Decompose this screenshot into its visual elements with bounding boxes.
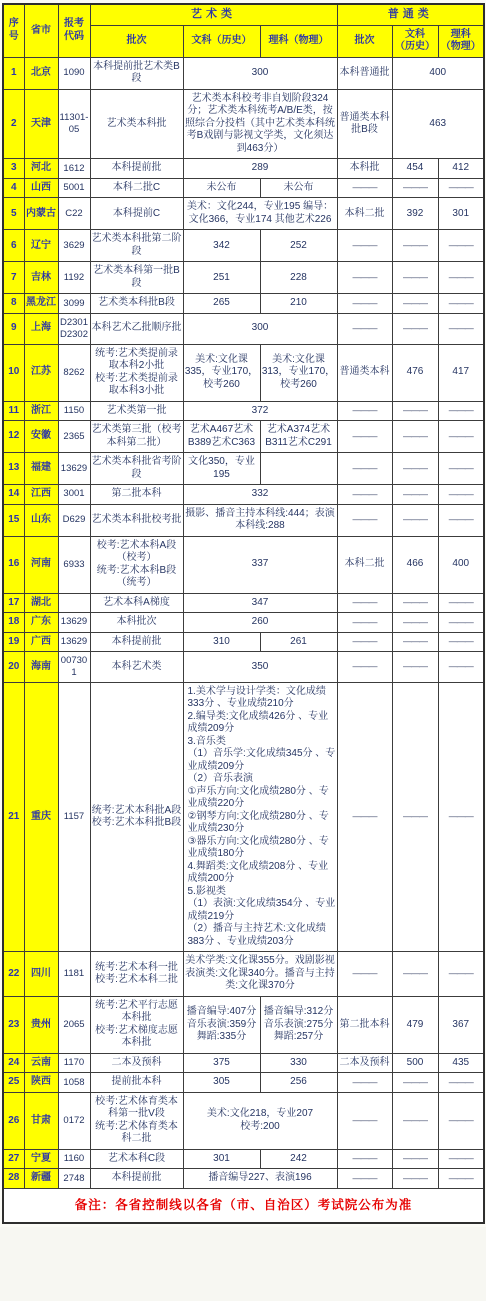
art-score-wen: 播音编导:407分 音乐表演:359分 舞蹈:335分 bbox=[183, 996, 260, 1053]
general-score-merged: 400 bbox=[392, 57, 484, 89]
province-name: 山西 bbox=[24, 178, 58, 198]
report-code: 1160 bbox=[58, 1149, 90, 1169]
header-gen-batch: 批次 bbox=[337, 25, 392, 57]
province-name: 云南 bbox=[24, 1053, 58, 1073]
art-batch: 本科提前批 bbox=[90, 632, 183, 652]
general-score-wen: ——— bbox=[392, 485, 438, 505]
art-score-wen: 251 bbox=[183, 262, 260, 294]
province-name: 河北 bbox=[24, 159, 58, 179]
art-batch: 艺术类本科第一批B段 bbox=[90, 262, 183, 294]
general-batch: ——— bbox=[337, 682, 392, 952]
art-score-wen: 342 bbox=[183, 230, 260, 262]
general-batch: 普通类本科 bbox=[337, 344, 392, 401]
art-batch: 提前批本科 bbox=[90, 1073, 183, 1093]
art-score-merged: 332 bbox=[183, 485, 337, 505]
general-score-wen: ——— bbox=[392, 1073, 438, 1093]
row-serial: 7 bbox=[3, 262, 24, 294]
art-score-merged: 347 bbox=[183, 593, 337, 613]
general-score-li: 435 bbox=[438, 1053, 484, 1073]
header-art-batch: 批次 bbox=[90, 25, 183, 57]
art-score-merged: 300 bbox=[183, 57, 337, 89]
art-score-li: 艺术A374艺术B311艺术C291 bbox=[260, 421, 337, 453]
province-name: 陕西 bbox=[24, 1073, 58, 1093]
row-serial: 27 bbox=[3, 1149, 24, 1169]
general-score-li: ——— bbox=[438, 504, 484, 536]
general-score-wen: ——— bbox=[392, 230, 438, 262]
row-serial: 1 bbox=[3, 57, 24, 89]
table-row: 20海南007301本科艺术类350————————— bbox=[3, 652, 484, 683]
general-batch: ——— bbox=[337, 613, 392, 633]
report-code: C22 bbox=[58, 198, 90, 230]
province-name: 辽宁 bbox=[24, 230, 58, 262]
art-score-merged: 1.美术学与设计学类：文化成绩333分 、专业成绩210分 2.编导类:文化成绩… bbox=[183, 682, 337, 952]
general-batch: ——— bbox=[337, 952, 392, 997]
art-score-wen: 未公布 bbox=[183, 178, 260, 198]
general-score-wen: ——— bbox=[392, 652, 438, 683]
general-score-li: ——— bbox=[438, 453, 484, 485]
table-row: 26甘肃0172校考:艺术体育类本科第一批V段 统考:艺术体育类本科二批美术:文… bbox=[3, 1092, 484, 1149]
table-row: 18广东13629本科批次260————————— bbox=[3, 613, 484, 633]
general-score-wen: ——— bbox=[392, 178, 438, 198]
report-code: 1090 bbox=[58, 57, 90, 89]
art-score-merged: 372 bbox=[183, 401, 337, 421]
general-score-li: 417 bbox=[438, 344, 484, 401]
row-serial: 15 bbox=[3, 504, 24, 536]
table-row: 8黑龙江3099艺术类本科批B段265210————————— bbox=[3, 294, 484, 314]
row-serial: 13 bbox=[3, 453, 24, 485]
general-score-wen: ——— bbox=[392, 1149, 438, 1169]
general-score-wen: 392 bbox=[392, 198, 438, 230]
score-table-page: 序 号 省市 报考 代码 艺术类 普通类 批次 文科（历史） 理科（物理） 批次… bbox=[0, 0, 486, 1227]
province-name: 重庆 bbox=[24, 682, 58, 952]
general-score-wen: ——— bbox=[392, 682, 438, 952]
province-name: 贵州 bbox=[24, 996, 58, 1053]
table-row: 2天津11301-05艺术类本科批艺术类本科校考非自划阶段324分；艺术类本科统… bbox=[3, 89, 484, 159]
province-name: 四川 bbox=[24, 952, 58, 997]
general-batch: 本科二批 bbox=[337, 536, 392, 593]
general-score-li: 367 bbox=[438, 996, 484, 1053]
general-batch: ——— bbox=[337, 313, 392, 344]
table-row: 6辽宁3629艺术类本科批第二阶段342252————————— bbox=[3, 230, 484, 262]
province-name: 广东 bbox=[24, 613, 58, 633]
province-name: 吉林 bbox=[24, 262, 58, 294]
art-score-merged: 350 bbox=[183, 652, 337, 683]
art-batch: 本科提前C bbox=[90, 198, 183, 230]
art-batch: 统考:艺术平行志愿本科批 校考:艺术梯度志愿本科批 bbox=[90, 996, 183, 1053]
row-serial: 22 bbox=[3, 952, 24, 997]
general-batch: ——— bbox=[337, 401, 392, 421]
admission-score-table: 序 号 省市 报考 代码 艺术类 普通类 批次 文科（历史） 理科（物理） 批次… bbox=[2, 3, 485, 1224]
province-name: 湖北 bbox=[24, 593, 58, 613]
footer-note: 备注：各省控制线以各省（市、自治区）考试院公布为准 bbox=[3, 1188, 484, 1223]
art-score-li: 256 bbox=[260, 1073, 337, 1093]
general-score-wen: ——— bbox=[392, 504, 438, 536]
art-batch: 艺术类本科批 bbox=[90, 89, 183, 159]
province-name: 海南 bbox=[24, 652, 58, 683]
row-serial: 18 bbox=[3, 613, 24, 633]
art-score-merged: 300 bbox=[183, 313, 337, 344]
general-score-li: ——— bbox=[438, 1073, 484, 1093]
art-score-wen: 310 bbox=[183, 632, 260, 652]
province-name: 天津 bbox=[24, 89, 58, 159]
table-row: 12安徽2365艺术类第三批（校考本科第二批）艺术A467艺术B389艺术C36… bbox=[3, 421, 484, 453]
general-batch: ——— bbox=[337, 632, 392, 652]
table-row: 5内蒙古C22本科提前C美术：文化244，专业195 编导：文化366，专业17… bbox=[3, 198, 484, 230]
table-row: 25陕西1058提前批本科305256————————— bbox=[3, 1073, 484, 1093]
general-batch: ——— bbox=[337, 1149, 392, 1169]
art-batch: 艺术类本科批第二阶段 bbox=[90, 230, 183, 262]
art-score-li: 播音编导:312分 音乐表演:275分 舞蹈:257分 bbox=[260, 996, 337, 1053]
table-row: 27宁夏1160艺术本科C段301242————————— bbox=[3, 1149, 484, 1169]
general-batch: ——— bbox=[337, 230, 392, 262]
art-score-li bbox=[260, 453, 337, 485]
general-score-li: ——— bbox=[438, 1149, 484, 1169]
report-code: D629 bbox=[58, 504, 90, 536]
general-batch: 普通类本科批B段 bbox=[337, 89, 392, 159]
general-score-merged: 463 bbox=[392, 89, 484, 159]
report-code: 1192 bbox=[58, 262, 90, 294]
row-serial: 16 bbox=[3, 536, 24, 593]
art-batch: 二本及预科 bbox=[90, 1053, 183, 1073]
general-score-li: ——— bbox=[438, 682, 484, 952]
art-score-merged: 美术学类:文化课355分。戏剧影视表演类:文化课340分。播音与主持类:文化课3… bbox=[183, 952, 337, 997]
general-batch: ——— bbox=[337, 262, 392, 294]
province-name: 福建 bbox=[24, 453, 58, 485]
general-batch: 第二批本科 bbox=[337, 996, 392, 1053]
table-row: 3河北1612本科提前批289本科批454412 bbox=[3, 159, 484, 179]
header-gen-li: 理科 （物理） bbox=[438, 25, 484, 57]
report-code: 3629 bbox=[58, 230, 90, 262]
report-code: 1170 bbox=[58, 1053, 90, 1073]
general-score-wen: ——— bbox=[392, 313, 438, 344]
general-batch: ——— bbox=[337, 1169, 392, 1189]
general-score-li: ——— bbox=[438, 421, 484, 453]
art-batch: 艺术类本科批省考阶段 bbox=[90, 453, 183, 485]
general-batch: ——— bbox=[337, 294, 392, 314]
general-score-li: ——— bbox=[438, 593, 484, 613]
table-row: 24云南1170二本及预科375330二本及预科500435 bbox=[3, 1053, 484, 1073]
table-row: 23贵州2065统考:艺术平行志愿本科批 校考:艺术梯度志愿本科批播音编导:40… bbox=[3, 996, 484, 1053]
art-score-li: 未公布 bbox=[260, 178, 337, 198]
art-batch: 本科二批C bbox=[90, 178, 183, 198]
art-batch: 统考:艺术本科批A段 校考:艺术本科批B段 bbox=[90, 682, 183, 952]
table-row: 28新疆2748本科提前批播音编导227、表演196————————— bbox=[3, 1169, 484, 1189]
table-row: 7吉林1192艺术类本科第一批B段251228————————— bbox=[3, 262, 484, 294]
art-batch: 本科艺术类 bbox=[90, 652, 183, 683]
general-batch: ——— bbox=[337, 593, 392, 613]
general-score-li: ——— bbox=[438, 313, 484, 344]
general-score-wen: 466 bbox=[392, 536, 438, 593]
art-score-wen: 文化350，专业195 bbox=[183, 453, 260, 485]
art-batch: 艺术类本科批B段 bbox=[90, 294, 183, 314]
table-row: 13福建13629艺术类本科批省考阶段文化350，专业195————————— bbox=[3, 453, 484, 485]
art-score-li: 228 bbox=[260, 262, 337, 294]
table-row: 19广西13629本科提前批310261————————— bbox=[3, 632, 484, 652]
art-score-merged: 播音编导227、表演196 bbox=[183, 1169, 337, 1189]
province-name: 新疆 bbox=[24, 1169, 58, 1189]
header-code: 报考 代码 bbox=[58, 4, 90, 57]
art-score-li: 252 bbox=[260, 230, 337, 262]
row-serial: 19 bbox=[3, 632, 24, 652]
report-code: 13629 bbox=[58, 613, 90, 633]
report-code: 1150 bbox=[58, 401, 90, 421]
art-score-merged: 337 bbox=[183, 536, 337, 593]
art-batch: 艺术本科C段 bbox=[90, 1149, 183, 1169]
header-row-groups: 序 号 省市 报考 代码 艺术类 普通类 bbox=[3, 4, 484, 25]
row-serial: 6 bbox=[3, 230, 24, 262]
art-score-merged: 美术:文化218，专业207 校考:200 bbox=[183, 1092, 337, 1149]
report-code: 1157 bbox=[58, 682, 90, 952]
general-score-li: ——— bbox=[438, 632, 484, 652]
row-serial: 20 bbox=[3, 652, 24, 683]
table-row: 21重庆1157统考:艺术本科批A段 校考:艺术本科批B段1.美术学与设计学类：… bbox=[3, 682, 484, 952]
general-batch: 二本及预科 bbox=[337, 1053, 392, 1073]
province-name: 江西 bbox=[24, 485, 58, 505]
report-code: 2748 bbox=[58, 1169, 90, 1189]
row-serial: 21 bbox=[3, 682, 24, 952]
header-serial: 序 号 bbox=[3, 4, 24, 57]
report-code: D2301 D2302 bbox=[58, 313, 90, 344]
row-serial: 14 bbox=[3, 485, 24, 505]
general-batch: ——— bbox=[337, 421, 392, 453]
row-serial: 25 bbox=[3, 1073, 24, 1093]
art-score-li: 210 bbox=[260, 294, 337, 314]
row-serial: 12 bbox=[3, 421, 24, 453]
general-batch: ——— bbox=[337, 178, 392, 198]
general-score-li: ——— bbox=[438, 262, 484, 294]
general-score-li: 301 bbox=[438, 198, 484, 230]
header-group-art: 艺术类 bbox=[90, 4, 337, 25]
report-code: 13629 bbox=[58, 632, 90, 652]
art-batch: 本科批次 bbox=[90, 613, 183, 633]
general-score-wen: ——— bbox=[392, 952, 438, 997]
report-code: 8262 bbox=[58, 344, 90, 401]
general-batch: ——— bbox=[337, 453, 392, 485]
general-score-li: ——— bbox=[438, 952, 484, 997]
general-score-li: ——— bbox=[438, 613, 484, 633]
general-score-wen: ——— bbox=[392, 593, 438, 613]
art-score-merged: 260 bbox=[183, 613, 337, 633]
general-score-li: ——— bbox=[438, 652, 484, 683]
general-score-wen: ——— bbox=[392, 632, 438, 652]
header-art-wen: 文科（历史） bbox=[183, 25, 260, 57]
report-code: 13629 bbox=[58, 453, 90, 485]
table-row: 15山东D629艺术类本科批校考批摄影、播音主持本科线:444；表演本科线:28… bbox=[3, 504, 484, 536]
table-row: 17湖北艺术本科A梯度347————————— bbox=[3, 593, 484, 613]
row-serial: 5 bbox=[3, 198, 24, 230]
province-name: 广西 bbox=[24, 632, 58, 652]
report-code: 11301-05 bbox=[58, 89, 90, 159]
table-row: 4山西5001本科二批C未公布未公布————————— bbox=[3, 178, 484, 198]
general-score-wen: 479 bbox=[392, 996, 438, 1053]
general-score-li: 400 bbox=[438, 536, 484, 593]
table-row: 9上海D2301 D2302本科艺术乙批顺序批300————————— bbox=[3, 313, 484, 344]
art-batch: 本科艺术乙批顺序批 bbox=[90, 313, 183, 344]
table-row: 14江西3001第二批本科332————————— bbox=[3, 485, 484, 505]
art-batch: 校考:艺术本科A段（校考） 统考:艺术本科B段（统考） bbox=[90, 536, 183, 593]
province-name: 上海 bbox=[24, 313, 58, 344]
general-score-wen: 476 bbox=[392, 344, 438, 401]
province-name: 浙江 bbox=[24, 401, 58, 421]
general-batch: 本科批 bbox=[337, 159, 392, 179]
header-province: 省市 bbox=[24, 4, 58, 57]
report-code: 1181 bbox=[58, 952, 90, 997]
general-score-wen: ——— bbox=[392, 262, 438, 294]
province-name: 宁夏 bbox=[24, 1149, 58, 1169]
art-score-merged: 美术：文化244，专业195 编导：文化366，专业174 其他艺术226 bbox=[183, 198, 337, 230]
art-batch: 本科提前批 bbox=[90, 1169, 183, 1189]
art-score-wen: 301 bbox=[183, 1149, 260, 1169]
province-name: 江苏 bbox=[24, 344, 58, 401]
report-code: 0172 bbox=[58, 1092, 90, 1149]
row-serial: 8 bbox=[3, 294, 24, 314]
general-score-li: ——— bbox=[438, 1169, 484, 1189]
footer-row: 备注：各省控制线以各省（市、自治区）考试院公布为准 bbox=[3, 1188, 484, 1223]
art-batch: 本科提前批艺术类B段 bbox=[90, 57, 183, 89]
row-serial: 17 bbox=[3, 593, 24, 613]
general-score-wen: 454 bbox=[392, 159, 438, 179]
report-code: 3001 bbox=[58, 485, 90, 505]
art-score-merged: 艺术类本科校考非自划阶段324分；艺术类本科统考A/B/E类，按照综合分投档（其… bbox=[183, 89, 337, 159]
art-batch: 艺术类第三批（校考本科第二批） bbox=[90, 421, 183, 453]
art-batch: 统考:艺术类提前录取本科2小批 校考:艺术类提前录取本科3小批 bbox=[90, 344, 183, 401]
header-gen-wen: 文科 （历史） bbox=[392, 25, 438, 57]
province-name: 黑龙江 bbox=[24, 294, 58, 314]
general-batch: ——— bbox=[337, 1092, 392, 1149]
general-score-li: 412 bbox=[438, 159, 484, 179]
general-score-wen: ——— bbox=[392, 294, 438, 314]
row-serial: 24 bbox=[3, 1053, 24, 1073]
report-code bbox=[58, 593, 90, 613]
general-batch: 本科二批 bbox=[337, 198, 392, 230]
header-art-li: 理科（物理） bbox=[260, 25, 337, 57]
province-name: 北京 bbox=[24, 57, 58, 89]
table-header: 序 号 省市 报考 代码 艺术类 普通类 批次 文科（历史） 理科（物理） 批次… bbox=[3, 4, 484, 57]
province-name: 内蒙古 bbox=[24, 198, 58, 230]
art-score-wen: 艺术A467艺术B389艺术C363 bbox=[183, 421, 260, 453]
general-batch: ——— bbox=[337, 652, 392, 683]
art-batch: 艺术类第一批 bbox=[90, 401, 183, 421]
art-score-merged: 摄影、播音主持本科线:444；表演本科线:288 bbox=[183, 504, 337, 536]
table-row: 10江苏8262统考:艺术类提前录取本科2小批 校考:艺术类提前录取本科3小批美… bbox=[3, 344, 484, 401]
general-score-wen: ——— bbox=[392, 1092, 438, 1149]
art-score-li: 261 bbox=[260, 632, 337, 652]
art-score-li: 美术:文化课313，专业170，校考260 bbox=[260, 344, 337, 401]
general-score-li: ——— bbox=[438, 485, 484, 505]
report-code: 2365 bbox=[58, 421, 90, 453]
art-score-merged: 289 bbox=[183, 159, 337, 179]
general-batch: 本科普通批 bbox=[337, 57, 392, 89]
row-serial: 26 bbox=[3, 1092, 24, 1149]
general-batch: ——— bbox=[337, 485, 392, 505]
general-score-wen: ——— bbox=[392, 613, 438, 633]
art-batch: 统考:艺术本科一批 校考:艺术本科二批 bbox=[90, 952, 183, 997]
table-footer: 备注：各省控制线以各省（市、自治区）考试院公布为准 bbox=[3, 1188, 484, 1223]
general-score-wen: ——— bbox=[392, 421, 438, 453]
province-name: 河南 bbox=[24, 536, 58, 593]
table-body: 1北京1090本科提前批艺术类B段300本科普通批4002天津11301-05艺… bbox=[3, 57, 484, 1188]
report-code: 007301 bbox=[58, 652, 90, 683]
report-code: 5001 bbox=[58, 178, 90, 198]
row-serial: 2 bbox=[3, 89, 24, 159]
header-group-general: 普通类 bbox=[337, 4, 484, 25]
art-score-li: 330 bbox=[260, 1053, 337, 1073]
art-score-wen: 305 bbox=[183, 1073, 260, 1093]
row-serial: 11 bbox=[3, 401, 24, 421]
table-row: 16河南6933校考:艺术本科A段（校考） 统考:艺术本科B段（统考）337本科… bbox=[3, 536, 484, 593]
art-score-wen: 美术:文化课335，专业170，校考260 bbox=[183, 344, 260, 401]
general-batch: ——— bbox=[337, 1073, 392, 1093]
report-code: 2065 bbox=[58, 996, 90, 1053]
table-row: 22四川1181统考:艺术本科一批 校考:艺术本科二批美术学类:文化课355分。… bbox=[3, 952, 484, 997]
art-batch: 第二批本科 bbox=[90, 485, 183, 505]
report-code: 6933 bbox=[58, 536, 90, 593]
report-code: 3099 bbox=[58, 294, 90, 314]
table-row: 11浙江1150艺术类第一批372————————— bbox=[3, 401, 484, 421]
general-score-li: ——— bbox=[438, 294, 484, 314]
province-name: 甘肃 bbox=[24, 1092, 58, 1149]
row-serial: 4 bbox=[3, 178, 24, 198]
general-score-li: ——— bbox=[438, 178, 484, 198]
art-score-li: 242 bbox=[260, 1149, 337, 1169]
general-score-li: ——— bbox=[438, 1092, 484, 1149]
general-score-wen: ——— bbox=[392, 453, 438, 485]
art-batch: 校考:艺术体育类本科第一批V段 统考:艺术体育类本科二批 bbox=[90, 1092, 183, 1149]
row-serial: 23 bbox=[3, 996, 24, 1053]
table-row: 1北京1090本科提前批艺术类B段300本科普通批400 bbox=[3, 57, 484, 89]
general-score-li: ——— bbox=[438, 230, 484, 262]
row-serial: 28 bbox=[3, 1169, 24, 1189]
general-score-wen: 500 bbox=[392, 1053, 438, 1073]
province-name: 安徽 bbox=[24, 421, 58, 453]
report-code: 1058 bbox=[58, 1073, 90, 1093]
province-name: 山东 bbox=[24, 504, 58, 536]
general-score-wen: ——— bbox=[392, 1169, 438, 1189]
art-score-wen: 375 bbox=[183, 1053, 260, 1073]
report-code: 1612 bbox=[58, 159, 90, 179]
art-batch: 艺术类本科批校考批 bbox=[90, 504, 183, 536]
row-serial: 9 bbox=[3, 313, 24, 344]
general-batch: ——— bbox=[337, 504, 392, 536]
row-serial: 10 bbox=[3, 344, 24, 401]
general-score-wen: ——— bbox=[392, 401, 438, 421]
art-batch: 本科提前批 bbox=[90, 159, 183, 179]
row-serial: 3 bbox=[3, 159, 24, 179]
art-batch: 艺术本科A梯度 bbox=[90, 593, 183, 613]
art-score-wen: 265 bbox=[183, 294, 260, 314]
general-score-li: ——— bbox=[438, 401, 484, 421]
